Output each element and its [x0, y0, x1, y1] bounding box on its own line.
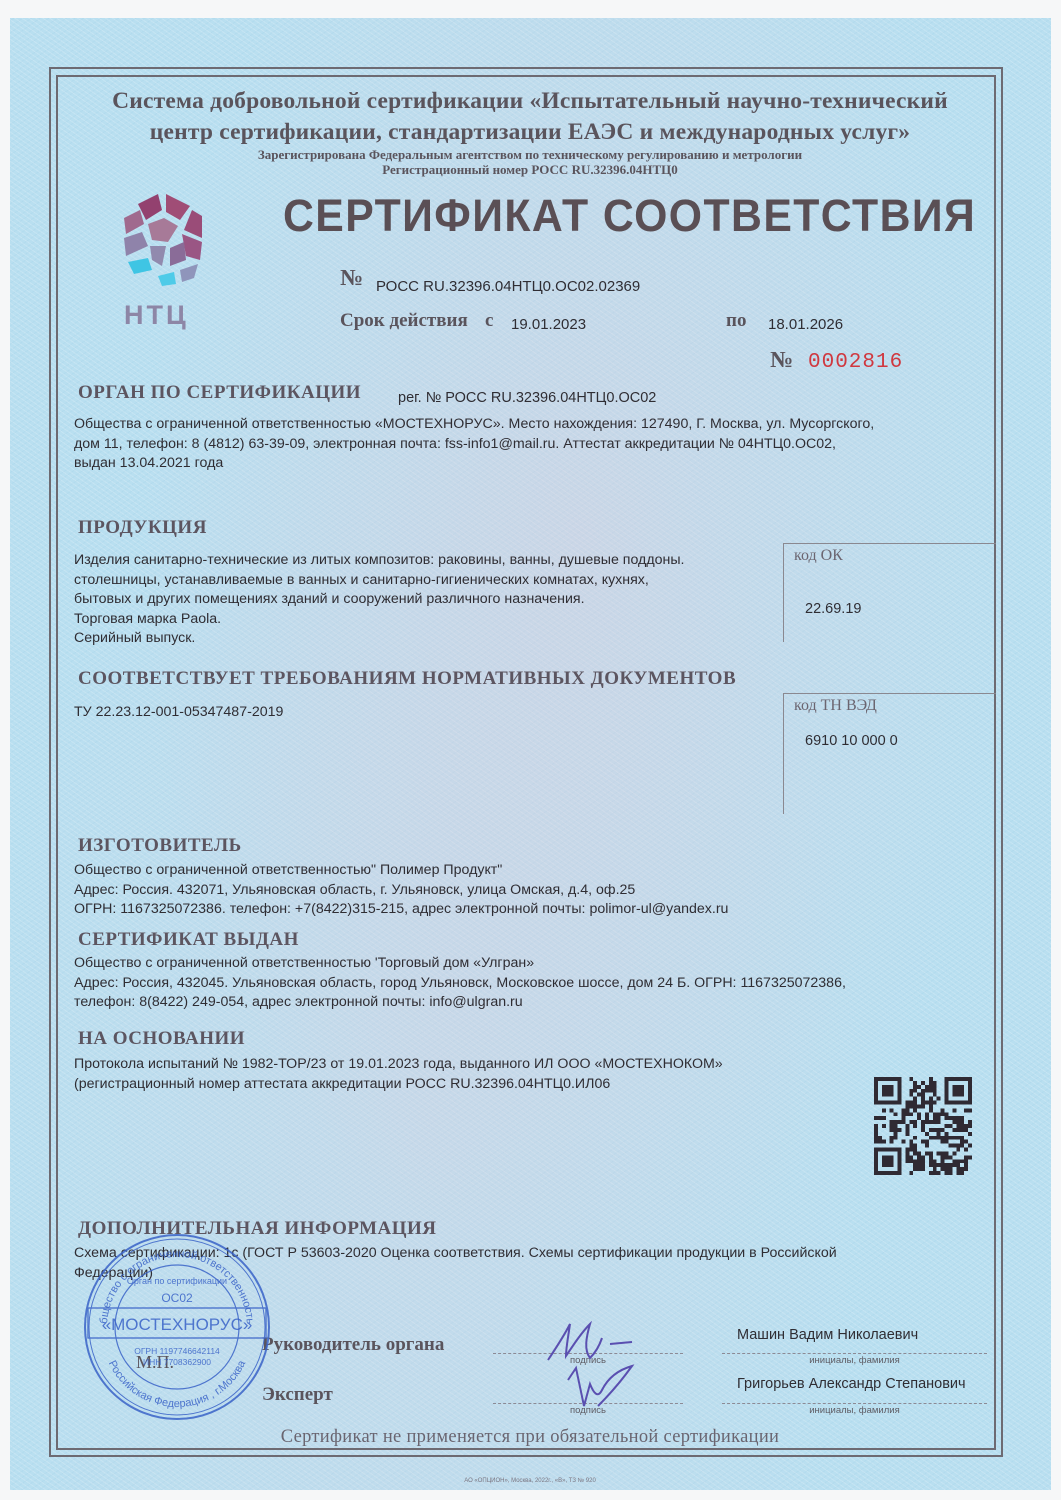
- text-line: Изделия санитарно-технические из литых к…: [74, 551, 784, 571]
- basis-details: Протокола испытаний № 1982-ТОР/23 от 19.…: [74, 1055, 854, 1094]
- disclaimer: Сертификат не применяется при обязательн…: [60, 1427, 1000, 1448]
- expert-name-line: [722, 1403, 987, 1404]
- valid-to-date: 18.01.2026: [768, 316, 843, 333]
- text-line: выдан 13.04.2021 года: [74, 454, 994, 474]
- certification-body-details: Общества с ограниченной ответственностью…: [74, 415, 994, 474]
- system-registration: Зарегистрирована Федеральным агентством …: [60, 147, 1000, 177]
- issued-to-details: Общество с ограниченной ответственностью…: [74, 954, 994, 1013]
- manufacturer-heading: ИЗГОТОВИТЕЛЬ: [78, 835, 242, 857]
- manufacturer-details: Общество с ограниченной ответственностью…: [74, 861, 994, 920]
- text-line: Общества с ограниченной ответственностью…: [74, 415, 994, 435]
- tn-ved-code-box: код ТН ВЭД 6910 10 000 0: [783, 693, 996, 814]
- certification-body-reg-number: рег. № РОСС RU.32396.04НТЦ0.ОС02: [398, 390, 656, 406]
- text-line: телефон: 8(8422) 249-054, адрес электрон…: [74, 993, 994, 1013]
- number-label: №: [340, 265, 363, 291]
- text-line: Серийный выпуск.: [74, 629, 784, 649]
- issued-to-heading: СЕРТИФИКАТ ВЫДАН: [78, 929, 299, 951]
- text-line: Протокола испытаний № 1982-ТОР/23 от 19.…: [74, 1055, 854, 1075]
- qr-code-icon[interactable]: [874, 1077, 972, 1175]
- expert-name-caption: инициалы, фамилия: [722, 1405, 987, 1416]
- system-title-line1: Система добровольной сертификации «Испыт…: [60, 86, 1000, 117]
- from-label: с: [485, 310, 493, 332]
- basis-heading: НА ОСНОВАНИИ: [78, 1028, 245, 1050]
- stamp-name: «МОСТЕХНОРУС»: [102, 1315, 253, 1334]
- products-description: Изделия санитарно-технические из литых к…: [74, 551, 784, 649]
- registered-by: Зарегистрирована Федеральным агентством …: [60, 147, 1000, 162]
- stamp-ogrn: ОГРН 1197746642114: [134, 1346, 220, 1356]
- tn-ved-code-value: 6910 10 000 0: [805, 733, 898, 749]
- round-seal-stamp-icon: Общество с ограниченной ответственностью…: [82, 1232, 272, 1422]
- text-line: Общество с ограниченной ответственностью…: [74, 861, 994, 881]
- expert-label: Эксперт: [262, 1384, 333, 1406]
- ntc-hexagon-logo-icon: [118, 190, 206, 288]
- document-title: СЕРТИФИКАТ СООТВЕТСТВИЯ: [283, 190, 976, 242]
- registration-number: Регистрационный номер РОСС RU.32396.04НТ…: [60, 162, 1000, 177]
- text-line: ОГРН: 1167325072386. телефон: +7(8422)31…: [74, 900, 994, 920]
- blank-number-label: №: [770, 347, 793, 373]
- head-name-line: [722, 1353, 987, 1354]
- ok-code-value: 22.69.19: [805, 601, 861, 617]
- validity-label: Срок действия: [340, 310, 468, 332]
- certification-body-heading: ОРГАН ПО СЕРТИФИКАЦИИ: [78, 382, 361, 404]
- normative-document: ТУ 22.23.12-001-05347487-2019: [74, 703, 283, 723]
- certificate-number: РОСС RU.32396.04НТЦ0.ОС02.02369: [376, 278, 640, 295]
- head-of-body-label: Руководитель органа: [262, 1334, 444, 1356]
- text-line: Торговая марка Paola.: [74, 610, 784, 630]
- printer-imprint: АО «ОПЦИОН», Москва, 2022г., «В», ТЗ № 9…: [60, 1478, 1000, 1484]
- to-label: по: [726, 310, 746, 332]
- valid-from-date: 19.01.2023: [511, 316, 586, 333]
- text-line: дом 11, телефон: 8 (4812) 63-39-09, элек…: [74, 435, 994, 455]
- text-line: Общество с ограниченной ответственностью…: [74, 954, 994, 974]
- text-line: бытовых и других помещениях зданий и соо…: [74, 590, 784, 610]
- expert-signature-icon: [560, 1360, 660, 1412]
- tn-ved-code-label: код ТН ВЭД: [794, 697, 877, 715]
- ok-code-box: код ОК 22.69.19: [783, 543, 996, 642]
- system-title: Система добровольной сертификации «Испыт…: [60, 86, 1000, 148]
- ok-code-label: код ОК: [794, 547, 843, 565]
- expert-name: Григорьев Александр Степанович: [737, 1376, 966, 1392]
- head-name-caption: инициалы, фамилия: [722, 1355, 987, 1366]
- text-line: (регистрационный номер аттестата аккреди…: [74, 1075, 854, 1095]
- system-title-line2: центр сертификации, стандартизации ЕАЭС …: [60, 117, 1000, 148]
- stamp-code: ОС02: [161, 1291, 193, 1305]
- text-line: столешницы, устанавливаемые в ванных и с…: [74, 571, 784, 591]
- text-line: Адрес: Россия. 432071, Ульяновская облас…: [74, 881, 994, 901]
- blank-serial-number: 0002816: [808, 351, 903, 374]
- conformity-heading: СООТВЕТСТВУЕТ ТРЕБОВАНИЯМ НОРМАТИВНЫХ ДО…: [78, 668, 736, 690]
- stamp-inn: ИНН 7708362900: [143, 1357, 211, 1367]
- text-line: Адрес: Россия, 432045. Ульяновская облас…: [74, 974, 994, 994]
- logo-text: НТЦ: [124, 300, 216, 331]
- stamp-inner-top: Орган по сертификации: [127, 1276, 227, 1286]
- products-heading: ПРОДУКЦИЯ: [78, 517, 207, 539]
- head-name: Машин Вадим Николаевич: [737, 1327, 918, 1343]
